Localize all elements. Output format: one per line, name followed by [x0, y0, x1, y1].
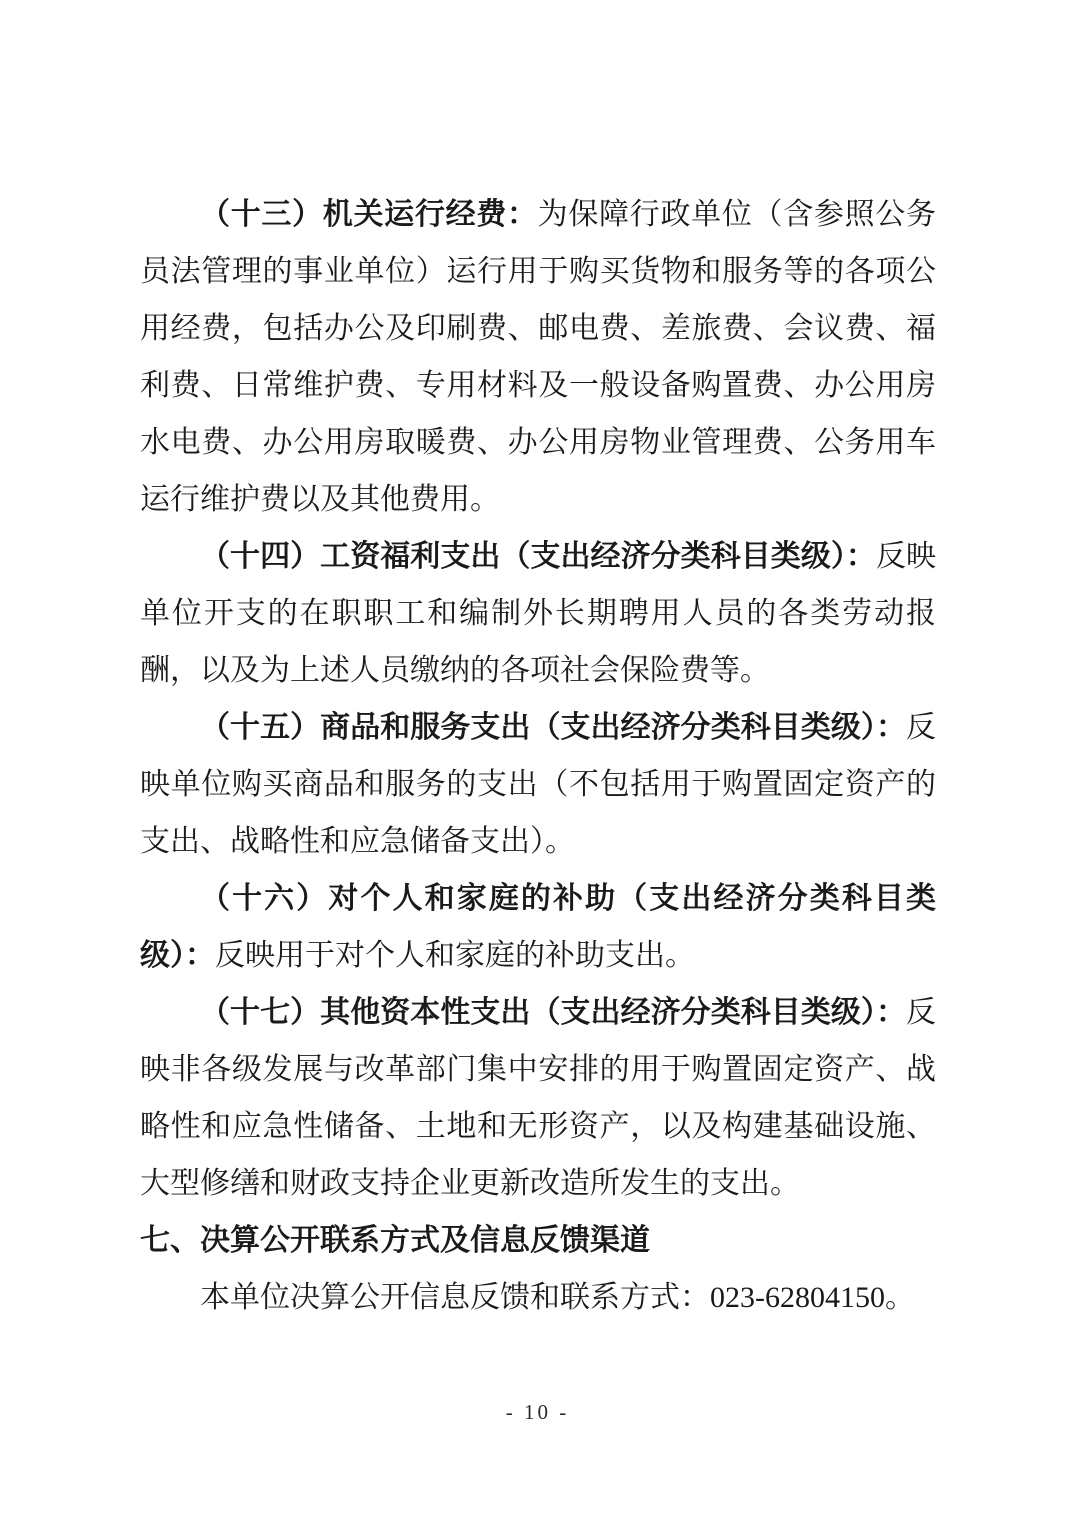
paragraph-lead-15: （十五）商品和服务支出（支出经济分类科目类级）：	[200, 711, 906, 744]
paragraph-text-16: 反映用于对个人和家庭的补助支出。	[215, 939, 695, 972]
paragraph-lead-14: （十四）工资福利支出（支出经济分类科目类级）：	[200, 540, 876, 573]
paragraph-lead-17: （十七）其他资本性支出（支出经济分类科目类级）：	[200, 996, 906, 1029]
paragraph-item-15: （十五）商品和服务支出（支出经济分类科目类级）：反映单位购买商品和服务的支出（不…	[140, 699, 936, 870]
paragraph-item-16: （十六）对个人和家庭的补助（支出经济分类科目类级）：反映用于对个人和家庭的补助支…	[140, 870, 936, 984]
contact-paragraph: 本单位决算公开信息反馈和联系方式：023-62804150。	[140, 1269, 936, 1326]
page-number: - 10 -	[0, 1398, 1075, 1426]
paragraph-lead-13: （十三）机关运行经费：	[200, 198, 538, 231]
paragraph-item-14: （十四）工资福利支出（支出经济分类科目类级）：反映单位开支的在职职工和编制外长期…	[140, 528, 936, 699]
document-body: （十三）机关运行经费：为保障行政单位（含参照公务员法管理的事业单位）运行用于购买…	[140, 186, 936, 1326]
paragraph-item-13: （十三）机关运行经费：为保障行政单位（含参照公务员法管理的事业单位）运行用于购买…	[140, 186, 936, 528]
paragraph-text-13: 为保障行政单位（含参照公务员法管理的事业单位）运行用于购买货物和服务等的各项公用…	[140, 198, 936, 516]
paragraph-item-17: （十七）其他资本性支出（支出经济分类科目类级）：反映非各级发展与改革部门集中安排…	[140, 984, 936, 1212]
section-heading: 七、决算公开联系方式及信息反馈渠道	[140, 1212, 936, 1269]
document-page: （十三）机关运行经费：为保障行政单位（含参照公务员法管理的事业单位）运行用于购买…	[0, 0, 1075, 1520]
